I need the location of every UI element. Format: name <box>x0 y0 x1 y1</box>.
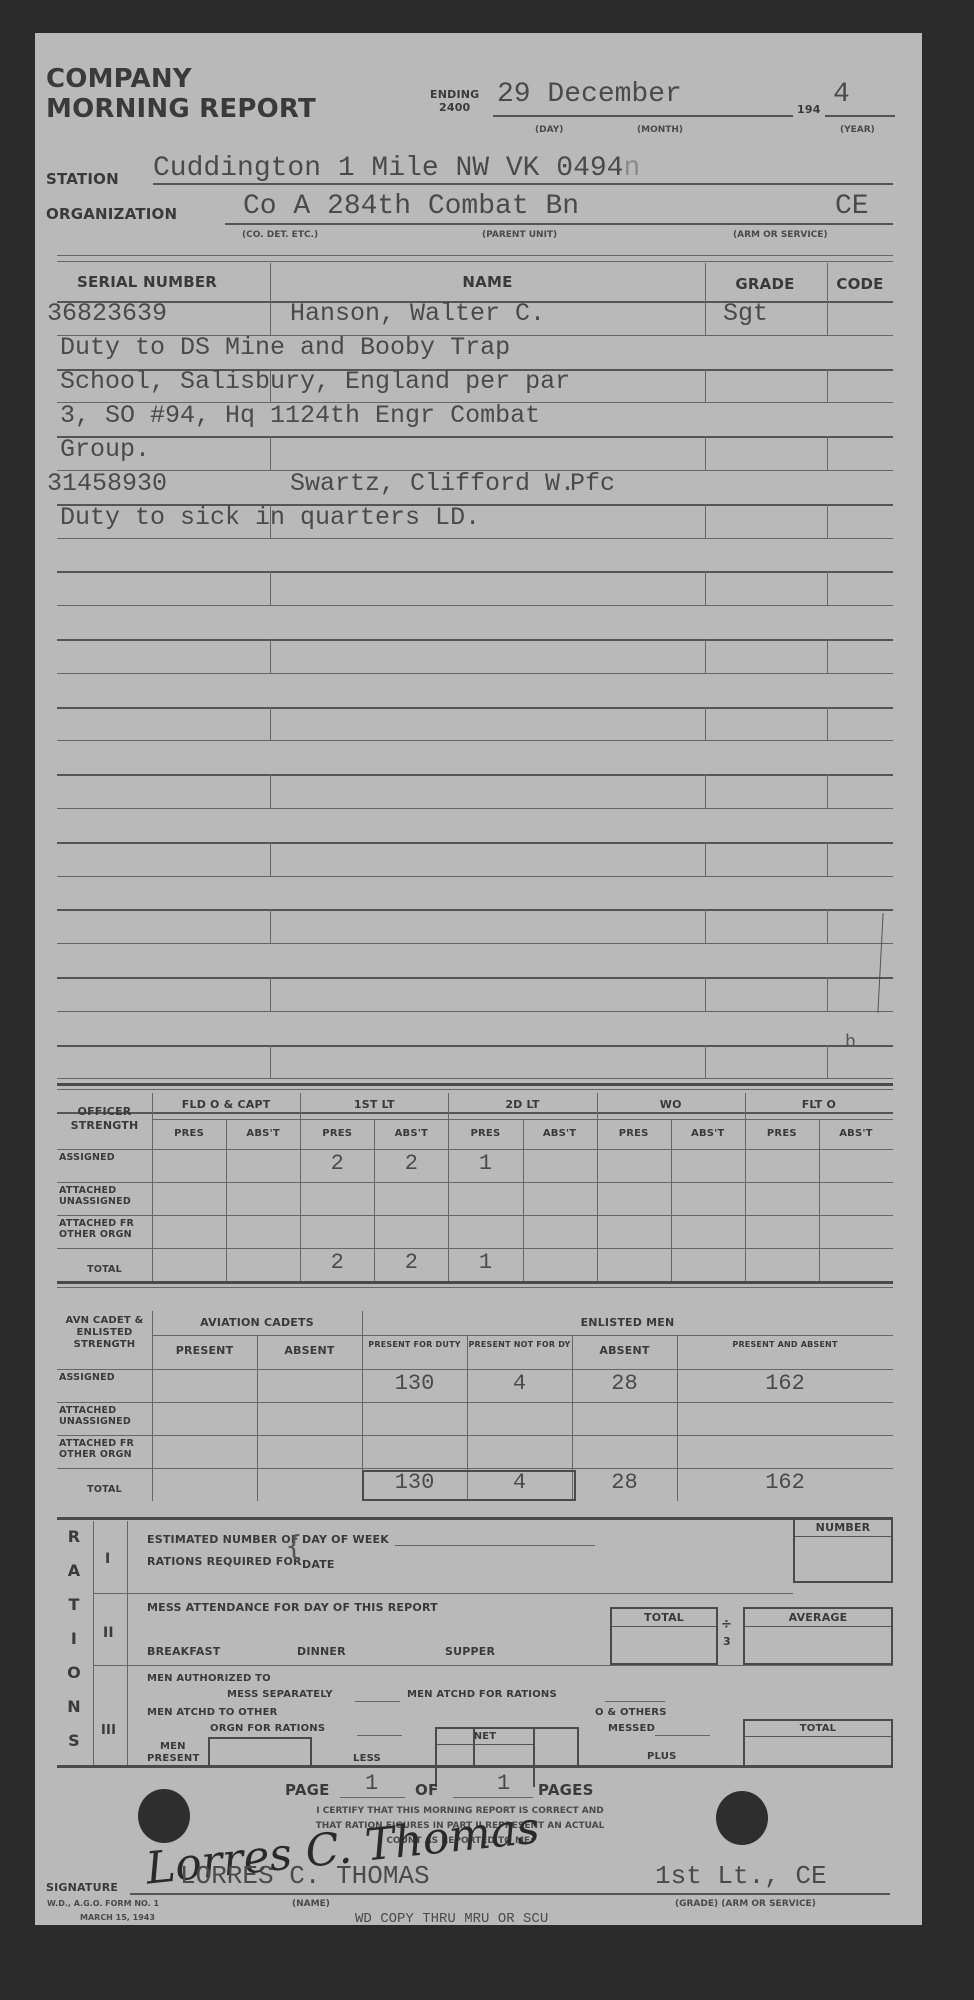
year-underline <box>825 115 895 117</box>
rations-part2-rule <box>93 1665 893 1666</box>
officer-cell[interactable] <box>745 1151 819 1180</box>
rations-side-letter: R <box>59 1527 89 1546</box>
men-present-label-1: MEN <box>160 1741 186 1752</box>
rations-numeral-divider <box>127 1521 128 1765</box>
officer-row-rule <box>57 1215 893 1216</box>
officer-subcol-header: PRES <box>448 1128 522 1139</box>
roster-column-divider <box>705 436 706 470</box>
pages-underline <box>453 1797 533 1798</box>
roster-rule <box>57 774 893 776</box>
enlisted-row-label: TOTAL <box>59 1484 150 1495</box>
enlisted-col-header: PRESENT FOR DUTY <box>362 1339 467 1351</box>
col-header-code: CODE <box>827 275 893 293</box>
o-others-label-1: O & OTHERS <box>595 1707 667 1718</box>
part1-brace: { <box>285 1529 303 1562</box>
officer-cell[interactable]: 1 <box>448 1250 522 1279</box>
enlisted-col-header: ABSENT <box>572 1344 677 1358</box>
o-others-label-2: MESSED <box>608 1723 655 1734</box>
divide-by: 3 <box>723 1635 731 1648</box>
total-present-box <box>362 1470 576 1501</box>
year-prefix: 194 <box>797 103 821 116</box>
enlisted-cell[interactable] <box>677 1437 893 1466</box>
roster-column-divider <box>270 436 271 470</box>
roster-rule <box>57 673 893 674</box>
form-title-company: COMPANY <box>46 65 192 93</box>
officer-subcol-header: PRES <box>597 1128 671 1139</box>
copy-note: WD COPY THRU MRU OR SCU <box>355 1911 548 1927</box>
officer-top-rule <box>57 1083 893 1086</box>
officer-subcol-header: ABS'T <box>819 1128 893 1139</box>
enlisted-row-rule <box>57 1402 893 1403</box>
roster-column-divider <box>705 707 706 741</box>
enlisted-row-rule <box>57 1468 893 1469</box>
officer-cell[interactable] <box>745 1217 819 1246</box>
rations-side-letter: N <box>59 1697 89 1716</box>
enlisted-cell[interactable] <box>572 1404 677 1433</box>
officer-cell[interactable] <box>152 1250 226 1279</box>
enlisted-men-header: ENLISTED MEN <box>362 1316 893 1329</box>
col-header-serial: SERIAL NUMBER <box>77 273 217 291</box>
officer-top-rule-2 <box>57 1089 893 1090</box>
rations-total-box[interactable]: TOTAL <box>743 1719 893 1767</box>
roster-rule <box>57 1045 893 1047</box>
enlisted-cell[interactable]: 162 <box>677 1371 893 1400</box>
roster-rule <box>57 842 893 844</box>
part3-numeral: III <box>101 1723 116 1738</box>
rations-side-letter: I <box>59 1629 89 1648</box>
rations-side-divider <box>93 1521 94 1765</box>
officer-row-label: TOTAL <box>59 1264 150 1275</box>
ending-label: ENDING <box>430 89 479 101</box>
enlisted-cell[interactable] <box>467 1404 572 1433</box>
officer-cell[interactable]: 2 <box>374 1151 448 1180</box>
average-box[interactable]: AVERAGE <box>743 1607 893 1665</box>
organization-underline <box>225 223 893 225</box>
mess-total-box[interactable]: TOTAL <box>610 1607 718 1665</box>
enlisted-cell[interactable] <box>152 1404 257 1433</box>
entry-1-remark-line-1[interactable]: Duty to DS Mine and Booby Trap <box>60 333 510 362</box>
roster-column-divider <box>827 639 828 673</box>
roster-rule <box>57 707 893 709</box>
officer-cell[interactable] <box>226 1184 300 1213</box>
roster-column-divider <box>705 977 706 1011</box>
officer-cell[interactable] <box>745 1184 819 1213</box>
enlisted-row-label: ATTACHED UNASSIGNED <box>59 1405 150 1427</box>
officer-cell[interactable] <box>597 1250 671 1279</box>
of-label: OF <box>415 1781 438 1799</box>
roster-rule <box>57 1078 893 1079</box>
officer-cell[interactable]: 2 <box>300 1250 374 1279</box>
enlisted-cell[interactable] <box>257 1404 362 1433</box>
rations-part1-rule <box>93 1593 793 1594</box>
rations-side-letter: A <box>59 1561 89 1580</box>
officer-cell[interactable] <box>819 1217 893 1246</box>
roster-column-divider <box>827 774 828 808</box>
entry-2-serial[interactable]: 31458930 <box>47 469 167 498</box>
men-present-box[interactable] <box>208 1737 312 1767</box>
enlisted-cell[interactable]: 4 <box>467 1371 572 1400</box>
pages-label: PAGES <box>538 1781 594 1799</box>
officer-cell[interactable] <box>448 1184 522 1213</box>
grade-arm-caption: (GRADE) (ARM OR SERVICE) <box>675 1899 816 1909</box>
officer-group-header: 1ST LT <box>300 1098 448 1111</box>
roster-column-divider <box>270 977 271 1011</box>
total-pages-field[interactable]: 1 <box>497 1771 510 1796</box>
entry-1-remark-line-2[interactable]: School, Salisbury, England per par <box>60 367 570 396</box>
less-label: LESS <box>353 1753 381 1764</box>
roster-column-divider <box>827 842 828 876</box>
officer-row-rule <box>57 1182 893 1183</box>
report-year-field[interactable]: 4 <box>833 79 850 110</box>
entry-1-name[interactable]: Hanson, Walter C. <box>290 299 545 328</box>
men-atchd-other-field[interactable] <box>357 1735 402 1736</box>
enlisted-subheader-rule <box>152 1335 893 1336</box>
day-of-week-label: DAY OF WEEK <box>302 1533 389 1546</box>
page-label: PAGE <box>285 1781 330 1799</box>
signer-grade-field[interactable]: 1st Lt., CE <box>655 1861 827 1891</box>
part1-text-2: RATIONS REQUIRED FOR <box>147 1555 302 1568</box>
officer-group-header: 2D LT <box>448 1098 596 1111</box>
enlisted-row-rule <box>57 1435 893 1436</box>
roster-rule <box>57 909 893 911</box>
officer-cell[interactable] <box>152 1151 226 1180</box>
officer-row-label: ATTACHED FR OTHER ORGN <box>59 1218 150 1240</box>
officer-cell[interactable]: 2 <box>374 1250 448 1279</box>
roster-rule <box>57 1011 893 1012</box>
enlisted-cell[interactable] <box>677 1404 893 1433</box>
officer-cell[interactable]: 2 <box>300 1151 374 1180</box>
officer-cell[interactable] <box>152 1184 226 1213</box>
roster-top-rule-1 <box>57 255 893 256</box>
officer-cell[interactable] <box>448 1217 522 1246</box>
roster-column-divider <box>270 774 271 808</box>
roster-column-divider <box>270 707 271 741</box>
net-label: NET <box>437 1729 533 1745</box>
roster-column-divider <box>827 504 828 538</box>
form-number: W.D., A.G.O. FORM NO. 1 <box>47 1899 159 1908</box>
officer-cell[interactable] <box>597 1217 671 1246</box>
name-grade-divider <box>705 263 706 303</box>
enlisted-cell[interactable] <box>467 1437 572 1466</box>
serial-name-divider <box>270 263 271 303</box>
enlisted-col-header: PRESENT <box>152 1344 257 1358</box>
page-number-field[interactable]: 1 <box>365 1771 378 1796</box>
enlisted-cell[interactable] <box>572 1437 677 1466</box>
men-authorized-label-1: MEN AUTHORIZED TO <box>147 1673 271 1684</box>
officer-subcol-header: PRES <box>300 1128 374 1139</box>
station-field[interactable]: Cuddington 1 Mile NW VK 0494n <box>153 153 640 184</box>
station-value-suffix: n <box>623 153 640 184</box>
entry-2-grade[interactable]: Pfc <box>570 469 615 498</box>
officer-subcol-header: PRES <box>745 1128 819 1139</box>
roster-column-divider <box>270 301 271 335</box>
officer-group-header: WO <box>597 1098 745 1111</box>
officer-cell[interactable] <box>819 1250 893 1279</box>
mess-attendance-label: MESS ATTENDANCE FOR DAY OF THIS REPORT <box>147 1601 438 1614</box>
enlisted-cell[interactable] <box>362 1404 467 1433</box>
margin-mark: b <box>845 1033 856 1053</box>
enlisted-cell[interactable] <box>257 1437 362 1466</box>
officer-cell[interactable]: 1 <box>448 1151 522 1180</box>
officer-subcol-header: ABS'T <box>226 1128 300 1139</box>
roster-column-divider <box>827 1045 828 1079</box>
report-date-field[interactable]: 29 December <box>497 79 682 110</box>
rations-side-letter: O <box>59 1663 89 1682</box>
enlisted-cell[interactable]: 130 <box>362 1371 467 1400</box>
officer-cell[interactable] <box>374 1217 448 1246</box>
signature-underline <box>130 1893 890 1895</box>
signer-name-field[interactable]: LORRES C. THOMAS <box>180 1861 430 1891</box>
roster-rule <box>57 943 893 944</box>
officer-cell[interactable] <box>226 1151 300 1180</box>
number-box-label: NUMBER <box>795 1519 891 1537</box>
officer-cell[interactable] <box>671 1151 745 1180</box>
roster-column-divider <box>705 909 706 943</box>
col-header-name: NAME <box>270 273 705 291</box>
rations-top-rule <box>57 1517 893 1520</box>
roster-column-divider <box>827 369 828 403</box>
roster-column-divider <box>705 301 706 335</box>
form-date: MARCH 15, 1943 <box>80 1913 155 1922</box>
roster-column-divider <box>827 909 828 943</box>
enlisted-strength-title: AVN CADET & ENLISTED STRENGTH <box>57 1315 152 1351</box>
officer-group-header: FLT O <box>745 1098 893 1111</box>
roster-column-divider <box>270 571 271 605</box>
officer-strength-title: OFFICER STRENGTH <box>57 1105 152 1133</box>
roster-rule <box>57 977 893 979</box>
officer-cell[interactable] <box>523 1217 597 1246</box>
officer-cell[interactable] <box>226 1250 300 1279</box>
enlisted-row-label: ATTACHED FR OTHER ORGN <box>59 1438 150 1460</box>
punch-hole-right-icon <box>716 1791 768 1845</box>
enlisted-cell[interactable] <box>257 1371 362 1400</box>
number-box[interactable]: NUMBER <box>793 1517 893 1583</box>
roster-column-divider <box>827 977 828 1011</box>
enlisted-cell[interactable] <box>152 1371 257 1400</box>
punch-hole-left-icon <box>138 1789 190 1843</box>
roster-rule <box>57 639 893 641</box>
enlisted-cell[interactable]: 28 <box>572 1470 677 1499</box>
roster-rule <box>57 740 893 741</box>
dinner-label: DINNER <box>297 1645 346 1658</box>
part1-text-1: ESTIMATED NUMBER OF <box>147 1533 299 1546</box>
officer-row-rule <box>57 1248 893 1249</box>
roster-column-divider <box>705 639 706 673</box>
station-underline <box>153 183 893 185</box>
entry-2-name[interactable]: Swartz, Clifford W. <box>290 469 575 498</box>
roster-column-divider <box>270 1045 271 1079</box>
officer-cell[interactable] <box>300 1217 374 1246</box>
entry-1-remark-line-4[interactable]: Group. <box>60 435 150 464</box>
officer-cell[interactable] <box>671 1184 745 1213</box>
plus-label: PLUS <box>647 1751 676 1762</box>
officer-subcol-header: ABS'T <box>671 1128 745 1139</box>
enlisted-cell[interactable] <box>257 1470 362 1499</box>
enlisted-col-header: PRESENT AND ABSENT <box>677 1339 893 1351</box>
entry-1-remark-line-3[interactable]: 3, SO #94, Hq 1124th Engr Combat <box>60 401 540 430</box>
enlisted-cell[interactable] <box>152 1470 257 1499</box>
roster-column-divider <box>705 842 706 876</box>
roster-column-divider <box>827 301 828 335</box>
officer-cell[interactable] <box>745 1250 819 1279</box>
arm-service-caption: (ARM OR SERVICE) <box>733 230 828 240</box>
officer-subcol-header: PRES <box>152 1128 226 1139</box>
officer-cell[interactable] <box>152 1217 226 1246</box>
enlisted-row-label: ASSIGNED <box>59 1372 150 1383</box>
grade-code-divider <box>827 263 828 303</box>
officer-cell[interactable] <box>671 1217 745 1246</box>
roster-column-divider <box>705 504 706 538</box>
month-caption: (MONTH) <box>637 125 683 135</box>
mess-total-label: TOTAL <box>612 1609 716 1627</box>
officer-cell[interactable] <box>671 1250 745 1279</box>
officer-row-rule <box>57 1149 893 1150</box>
men-atchd-other-label-1: MEN ATCHD TO OTHER <box>147 1707 278 1718</box>
day-caption: (DAY) <box>535 125 563 135</box>
form-title-morning-report: MORNING REPORT <box>46 95 316 123</box>
aviation-cadets-header: AVIATION CADETS <box>152 1316 362 1329</box>
mess-separately-field[interactable] <box>355 1701 400 1702</box>
morning-report-form: COMPANY MORNING REPORT ENDING 2400 29 De… <box>35 33 922 1925</box>
roster-rule <box>57 436 893 438</box>
signature-label: SIGNATURE <box>46 1881 118 1894</box>
col-header-grade: GRADE <box>705 275 825 293</box>
roster-rule <box>57 605 893 606</box>
rations-total-label: TOTAL <box>745 1721 891 1737</box>
men-atchd-other-label-2: ORGN FOR RATIONS <box>210 1723 325 1734</box>
officer-cell[interactable] <box>597 1184 671 1213</box>
enlisted-cell[interactable] <box>362 1437 467 1466</box>
officer-cell[interactable] <box>819 1184 893 1213</box>
organization-label: ORGANIZATION <box>46 205 177 223</box>
station-label: STATION <box>46 170 119 188</box>
officer-bottom-rule <box>57 1281 893 1284</box>
parent-unit-caption: (PARENT UNIT) <box>482 230 557 240</box>
rations-side-letter: S <box>59 1731 89 1750</box>
organization-field[interactable]: Co A 284th Combat Bn <box>243 191 579 222</box>
roster-column-divider <box>705 571 706 605</box>
date-label: DATE <box>302 1558 335 1571</box>
average-label: AVERAGE <box>745 1609 891 1627</box>
entry-1-grade[interactable]: Sgt <box>723 299 768 328</box>
enlisted-col-header: PRESENT NOT FOR DY <box>467 1339 572 1351</box>
divide-sign: ÷ <box>721 1617 732 1632</box>
roster-rule <box>57 876 893 877</box>
roster-rule <box>57 571 893 573</box>
enlisted-col-header: ABSENT <box>257 1344 362 1358</box>
officer-subcol-header: ABS'T <box>374 1128 448 1139</box>
breakfast-label: BREAKFAST <box>147 1645 220 1658</box>
part2-numeral: II <box>103 1625 114 1641</box>
enlisted-row-rule <box>57 1369 893 1370</box>
men-atchd-rations-label: MEN ATCHD FOR RATIONS <box>407 1689 557 1700</box>
enlisted-cell[interactable] <box>152 1437 257 1466</box>
co-det-caption: (CO. DET. ETC.) <box>242 230 318 240</box>
entry-2-remark-line-1[interactable]: Duty to sick in quarters LD. <box>60 503 480 532</box>
roster-rule <box>57 808 893 809</box>
officer-row-label: ATTACHED UNASSIGNED <box>59 1185 150 1207</box>
arm-of-service-field[interactable]: CE <box>835 191 869 222</box>
officer-cell[interactable] <box>374 1184 448 1213</box>
name-caption: (NAME) <box>292 1899 330 1909</box>
net-box-frame[interactable]: NET <box>435 1727 535 1787</box>
station-value: Cuddington 1 Mile NW VK 0494 <box>153 153 623 184</box>
enlisted-cell[interactable]: 28 <box>572 1371 677 1400</box>
men-authorized-label-2: MESS SEPARATELY <box>227 1689 333 1700</box>
year-caption: (YEAR) <box>840 125 875 135</box>
roster-column-divider <box>270 639 271 673</box>
part1-numeral: I <box>105 1551 110 1567</box>
supper-label: SUPPER <box>445 1645 495 1658</box>
officer-row-label: ASSIGNED <box>59 1152 150 1163</box>
roster-column-divider <box>705 369 706 403</box>
officer-cell[interactable] <box>523 1184 597 1213</box>
roster-column-divider <box>705 1045 706 1079</box>
officer-cell[interactable] <box>819 1151 893 1180</box>
officer-cell[interactable] <box>523 1151 597 1180</box>
officer-cell[interactable] <box>523 1250 597 1279</box>
page-underline <box>340 1797 405 1798</box>
officer-bottom-rule-2 <box>57 1287 893 1288</box>
roster-column-divider <box>270 842 271 876</box>
men-atchd-rations-field[interactable] <box>605 1701 665 1702</box>
officer-cell[interactable] <box>300 1184 374 1213</box>
o-others-field[interactable] <box>655 1735 710 1736</box>
officer-group-header: FLD O & CAPT <box>152 1098 300 1111</box>
officer-cell[interactable] <box>226 1217 300 1246</box>
men-present-label-2: PRESENT <box>147 1753 199 1764</box>
roster-rule <box>57 538 893 539</box>
enlisted-cell[interactable]: 162 <box>677 1470 893 1499</box>
roster-column-divider <box>705 774 706 808</box>
roster-column-divider <box>827 436 828 470</box>
roster-column-divider <box>827 571 828 605</box>
roster-column-divider <box>827 707 828 741</box>
officer-cell[interactable] <box>597 1151 671 1180</box>
margin-pencil-stroke <box>877 913 883 1013</box>
ending-time-label: 2400 <box>439 102 470 114</box>
entry-1-serial[interactable]: 36823639 <box>47 299 167 328</box>
roster-top-rule-2 <box>57 261 893 262</box>
roster-rule <box>57 1112 893 1114</box>
rations-side-letter: T <box>59 1595 89 1614</box>
roster-column-divider <box>270 909 271 943</box>
officer-subcol-header: ABS'T <box>523 1128 597 1139</box>
day-of-week-field[interactable] <box>395 1545 595 1546</box>
date-underline <box>493 115 793 117</box>
